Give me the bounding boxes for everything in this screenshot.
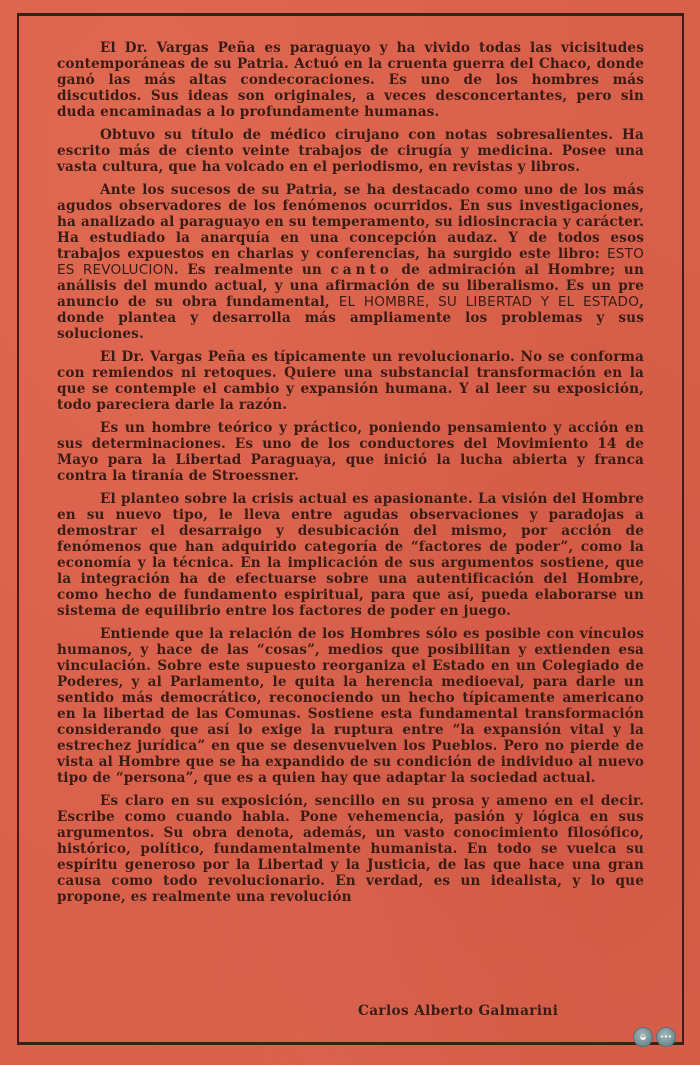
paragraph-8: Es claro en su exposición, sencillo en s… — [57, 793, 644, 905]
paragraph-4: El Dr. Vargas Peña es típicamente un rev… — [57, 349, 644, 413]
watermark-badges: ◒ ••• — [633, 1027, 676, 1047]
paragraph-5: Es un hombre teórico y práctico, poniend… — [57, 420, 644, 484]
book-title-el-hombre: EL HOMBRE, SU LIBERTAD Y EL ESTADO — [339, 294, 639, 310]
spaced-emphasis: canto — [331, 262, 393, 278]
paragraph-text: . Es realmente un — [174, 262, 331, 278]
paragraph-text: Es claro en su exposición, sencillo en s… — [57, 793, 644, 905]
paragraph-3: Ante los sucesos de su Patria, se ha des… — [57, 182, 644, 342]
flag-seal-icon: ◒ — [633, 1027, 653, 1047]
document-body: El Dr. Vargas Peña es paraguayo y ha viv… — [57, 40, 644, 912]
paragraph-text: El Dr. Vargas Peña es paraguayo y ha viv… — [57, 40, 644, 120]
paragraph-text: Obtuvo su título de médico cirujano con … — [57, 127, 644, 175]
paragraph-1: El Dr. Vargas Peña es paraguayo y ha viv… — [57, 40, 644, 120]
paragraph-text: El planteo sobre la crisis actual es apa… — [57, 491, 644, 619]
paragraph-text: Ante los sucesos de su Patria, se ha des… — [57, 182, 644, 262]
paragraph-2: Obtuvo su título de médico cirujano con … — [57, 127, 644, 175]
author-signature: Carlos Alberto Galmarini — [358, 1003, 558, 1019]
paragraph-text: Entiende que la relación de los Hombres … — [57, 626, 644, 786]
paragraph-6: El planteo sobre la crisis actual es apa… — [57, 491, 644, 619]
paragraph-7: Entiende que la relación de los Hombres … — [57, 626, 644, 786]
paragraph-text: Es un hombre teórico y práctico, poniend… — [57, 420, 644, 484]
dots-seal-icon: ••• — [656, 1027, 676, 1047]
paragraph-text: El Dr. Vargas Peña es típicamente un rev… — [57, 349, 644, 413]
